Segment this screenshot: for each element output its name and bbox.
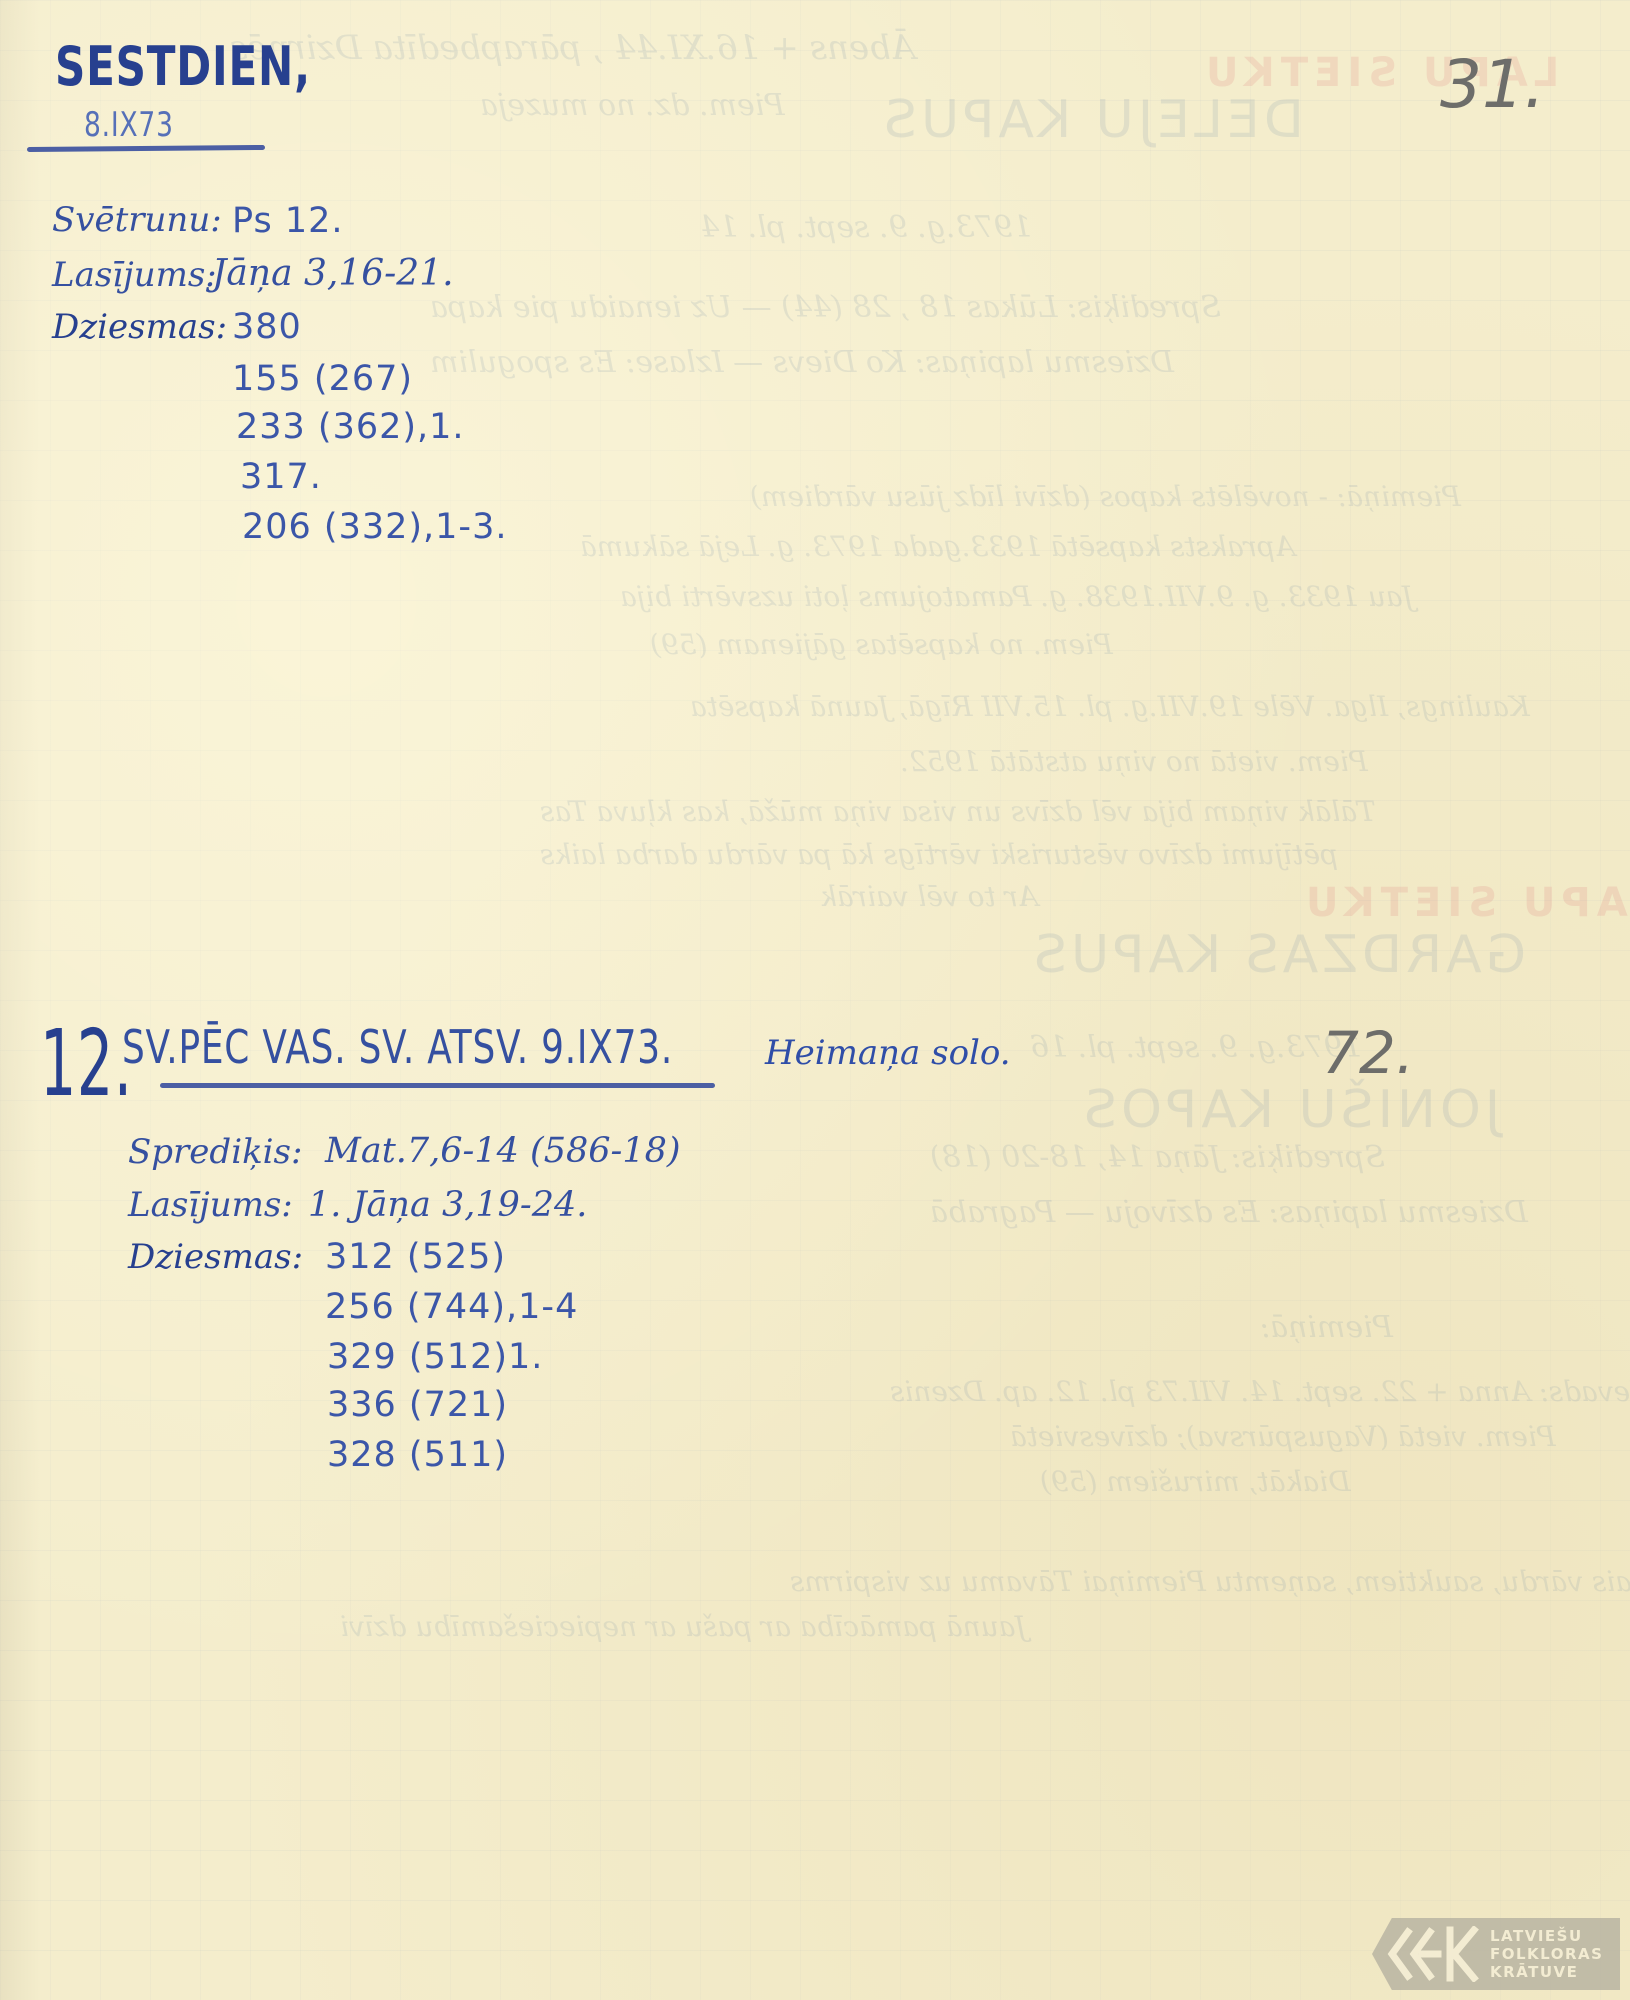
section1-label-reading: Lasījums:	[52, 258, 217, 292]
bleed-through-text: pētījumi dzīvo vēsturiski vērtīgs kā pa …	[540, 838, 1338, 871]
bleed-through-text: Piemiņā: - novēlēts kapos (dzīvi līdz jū…	[750, 480, 1461, 513]
section2-underline	[160, 1083, 715, 1088]
lfk-logo-icon	[1386, 1926, 1486, 1982]
archive-logo: LATVIEŠU FOLKLORAS KRĀTUVE	[1372, 1918, 1620, 1990]
bleed-through-text: Otrais vārdu, sauktiem, saņemtu Piemiņai…	[790, 1565, 1630, 1598]
bleed-through-text: Tālāk viņam bija vēl dzīvs un visa viņa …	[540, 795, 1376, 828]
bleed-through-text: Sprediķis: Lūkas 18 , 28 (44) — Uz ienai…	[430, 290, 1221, 325]
bleed-through-text: Diakāt, mirušiem (59)	[1040, 1465, 1351, 1498]
section1-value-reading: Jāņa 3,16-21.	[212, 256, 454, 292]
bleed-through-text: Ievads: Anna + 22. sept. 14. VII.73 pl. …	[890, 1375, 1630, 1408]
bleed-through-text: Kaulings, Ilga. Vēle 19.VII.g. pl. 15.VI…	[690, 690, 1530, 723]
section2-value-sermon: Mat.7,6-14 (586-18)	[325, 1134, 681, 1169]
section1-hymn: 233 (362),1.	[236, 410, 465, 445]
document-page: Ābens + 16.XI.44 , pārapbedīta Dzirnēs P…	[0, 0, 1630, 2000]
bleed-through-text: Sprediķis: Jāņa 14, 18-20 (18)	[930, 1140, 1385, 1175]
bleed-through-text: DELEJU KAPUS	[880, 90, 1304, 150]
bleed-through-text: JONIŠU KAPOS	[1080, 1080, 1500, 1140]
bleed-through-text: Ābens + 16.XI.44 , pārapbedīta Dzirnēs	[230, 28, 915, 68]
bleed-through-text: Jaunā pamācība ar pašu ar nepieciešamību…	[340, 1610, 1027, 1643]
section2-number: 12.	[40, 1018, 133, 1110]
section1-hymn: 206 (332),1-3.	[242, 510, 507, 545]
section2-label-reading: Lasījums:	[128, 1188, 293, 1222]
bleed-through-text: GARDZAS KAPUS	[1030, 925, 1526, 985]
section2-hymn: 312 (525)	[325, 1240, 506, 1275]
section1-underline	[27, 145, 265, 152]
bleed-through-text: 1973.g. 9. sept. pl. 14	[700, 210, 1032, 245]
bleed-through-text: Dziesmu lapiņas: Es dzīvoju — Pagrabā	[930, 1195, 1528, 1230]
logo-text: LATVIEŠU FOLKLORAS KRĀTUVE	[1490, 1927, 1603, 1981]
section2-hymn: 256 (744),1-4	[325, 1290, 578, 1325]
bleed-through-text: Ar to vēl vairāk	[820, 880, 1038, 913]
section1-hymn: 317.	[240, 460, 322, 495]
section1-label-hymns: Dziesmas:	[52, 310, 227, 344]
section2-note: Heimaņa solo.	[765, 1036, 1011, 1070]
bleed-through-text: Apraksts kapsētā 1933.gada 1973. g. Lejā…	[580, 530, 1295, 563]
bleed-through-stamp: KAPU SIETKU	[1300, 880, 1630, 926]
section2-label-sermon: Sprediķis:	[128, 1135, 302, 1169]
bleed-through-text: Piem. vietā no viņu atstātā 1952.	[900, 745, 1368, 778]
bleed-through-text: Piem. vietā (Vaguspūrsva); dzīvesvietā	[1010, 1420, 1556, 1453]
section1-value-sermon-text: Ps 12.	[232, 204, 344, 239]
bleed-through-text: 1973.g. 9. sept. pl. 16	[1030, 1030, 1362, 1065]
section2-hymn: 336 (721)	[327, 1388, 508, 1423]
section2-heading: SV.PĒC VAS. SV. ATSV. 9.IX73.	[122, 1024, 673, 1070]
section2-value-reading: 1. Jāņa 3,19-24.	[308, 1188, 587, 1223]
bleed-through-text: Jau 1933. g. 9.VII.1938. g. Pamatojums ļ…	[620, 580, 1414, 613]
bleed-through-text: Piem. dz. no muzeja	[480, 88, 785, 123]
logo-line-3: KRĀTUVE	[1490, 1963, 1603, 1981]
bleed-through-text: Dziesmu lapiņas: Ko Dievs — Izlase: Es s…	[430, 345, 1174, 380]
section2-label-hymns: Dziesmas:	[128, 1240, 303, 1274]
logo-line-2: FOLKLORAS	[1490, 1945, 1603, 1963]
section1-hymn: 380	[232, 310, 302, 345]
bleed-through-text: Piem. no kapsētas gājienam (59)	[650, 628, 1113, 661]
bleed-through-text: Piemiņā:	[1260, 1310, 1393, 1345]
section1-heading: SESTDIEN,	[55, 40, 311, 94]
section2-pencil-number: 72.	[1322, 1024, 1414, 1082]
section1-label-sermon-text: Svētrunu:	[52, 203, 222, 237]
section1-date: 8.IX73	[84, 108, 174, 142]
section1-hymn: 155 (267)	[232, 362, 413, 397]
page-number: 31.	[1440, 52, 1545, 118]
section2-hymn: 328 (511)	[327, 1438, 508, 1473]
section2-hymn: 329 (512)1.	[327, 1340, 543, 1375]
logo-line-1: LATVIEŠU	[1490, 1927, 1603, 1945]
